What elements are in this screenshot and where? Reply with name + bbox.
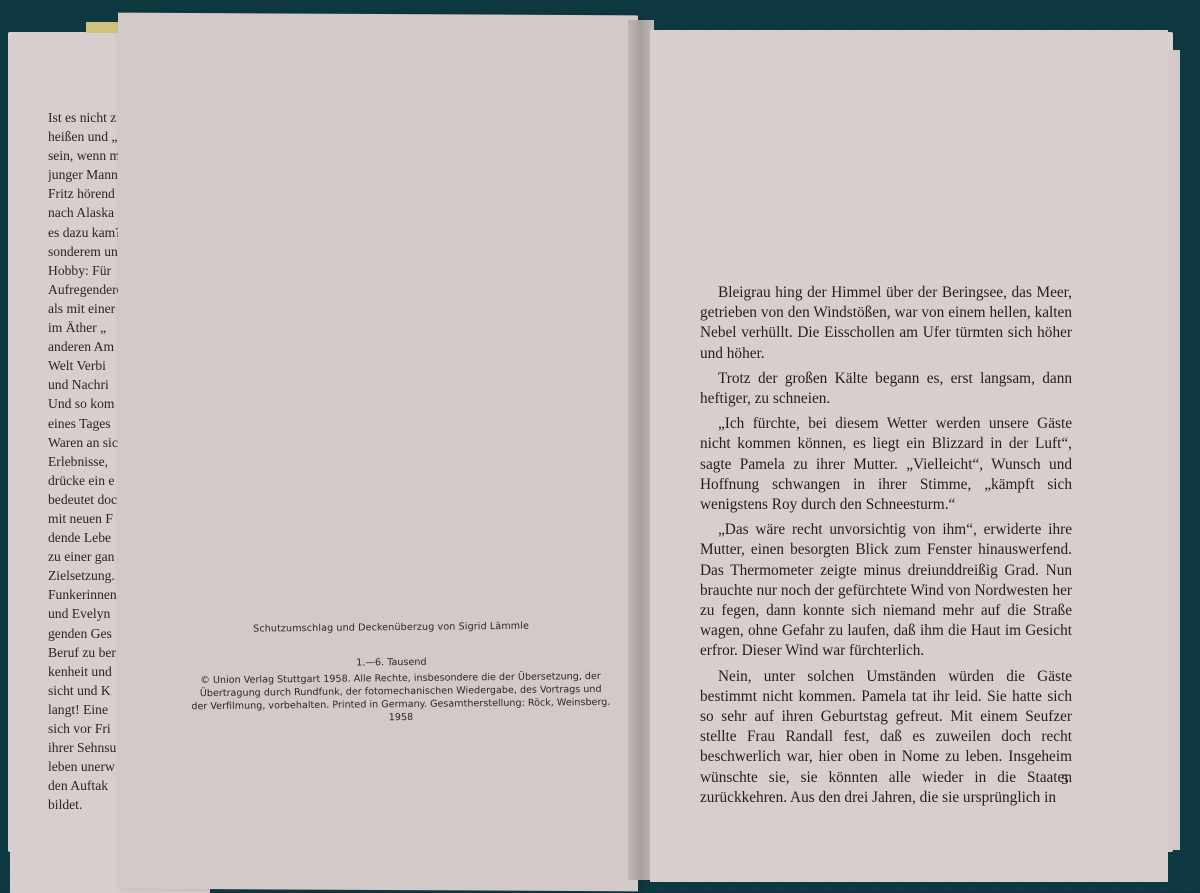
edition-note: 1.—6. Tausend [120, 655, 640, 671]
paragraph: „Ich fürchte, bei diesem Wetter werden u… [700, 414, 1072, 515]
paragraph: Bleigrau hing der Himmel über der Bering… [700, 283, 1072, 364]
paragraph: Trotz der großen Kälte begann es, erst l… [700, 369, 1072, 409]
imprint-page [118, 13, 638, 892]
paragraph: Nein, unter solchen Umständen würden die… [700, 667, 1072, 808]
paragraph: „Das wäre recht unvorsichtig von ihm“, e… [700, 520, 1072, 661]
imprint-block: Schutzumschlag und Deckenüberzug von Sig… [120, 620, 641, 727]
page-number: 5 [1061, 772, 1069, 789]
copyright-notice: © Union Verlag Stuttgart 1958. Alle Rech… [121, 670, 612, 727]
chapter-text: Bleigrau hing der Himmel über der Bering… [700, 283, 1072, 813]
